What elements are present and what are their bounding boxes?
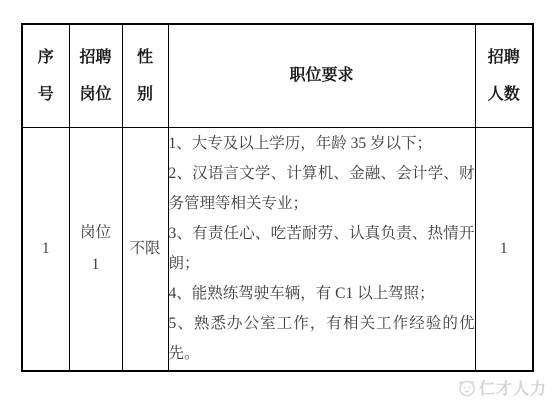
cell-gender: 不限: [122, 127, 168, 371]
cell-headcount: 1: [475, 127, 533, 371]
gender-value: 不限: [123, 233, 168, 265]
header-label-line: 人数: [476, 76, 533, 113]
header-label-line: 序: [23, 39, 69, 76]
table-header-row: 序 号 招聘 岗位 性 别 职位要求 招聘 人数: [22, 24, 533, 127]
position-line: 1: [70, 249, 122, 281]
recruitment-table: 序 号 招聘 岗位 性 别 职位要求 招聘 人数: [21, 23, 534, 372]
mascot-face-icon: [457, 378, 476, 397]
cell-serial-number: 1: [22, 127, 69, 371]
requirement-item: 4、能熟练驾驶车辆，有 C1 以上驾照；: [169, 279, 475, 309]
requirement-item: 3、有责任心、吃苦耐劳、认真负责、热情开朗；: [169, 219, 475, 279]
cell-position: 岗位 1: [69, 127, 122, 371]
requirement-item: 5、熟悉办公室工作，有相关工作经验的优先。: [169, 309, 475, 369]
header-label-line: 招聘: [70, 39, 122, 76]
header-label-line: 岗位: [70, 76, 122, 113]
watermark-text: 仁才人力: [479, 376, 547, 399]
header-label-line: 别: [123, 76, 168, 113]
header-cell-headcount: 招聘 人数: [475, 24, 533, 127]
position-line: 岗位: [70, 217, 122, 249]
serial-number-value: 1: [23, 233, 69, 265]
header-cell-position: 招聘 岗位: [69, 24, 122, 127]
requirement-item: 2、汉语言文学、计算机、金融、会计学、财务管理等相关专业；: [169, 159, 475, 219]
page: 序 号 招聘 岗位 性 别 职位要求 招聘 人数: [0, 0, 559, 411]
cell-requirements: 1、大专及以上学历，年龄 35 岁以下； 2、汉语言文学、计算机、金融、会计学、…: [168, 127, 475, 371]
watermark: 仁才人力: [457, 376, 547, 398]
requirement-item: 1、大专及以上学历，年龄 35 岁以下；: [169, 129, 475, 159]
headcount-value: 1: [476, 233, 533, 265]
header-cell-requirements: 职位要求: [168, 24, 475, 127]
header-label-line: 职位要求: [169, 57, 475, 94]
header-cell-serial-number: 序 号: [22, 24, 69, 127]
header-label-line: 招聘: [476, 39, 533, 76]
header-cell-gender: 性 别: [122, 24, 168, 127]
table-row: 1 岗位 1 不限 1、大专及以上学历，年龄 35 岁以下； 2、汉语言文学、计…: [22, 127, 533, 371]
header-label-line: 性: [123, 39, 168, 76]
header-label-line: 号: [23, 76, 69, 113]
